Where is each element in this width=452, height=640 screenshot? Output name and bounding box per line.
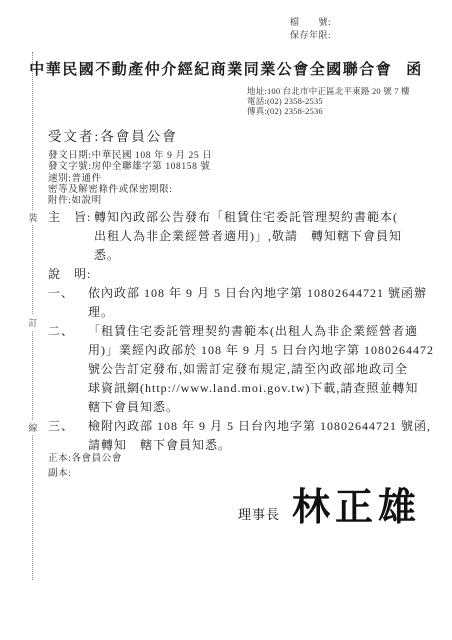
- document-page: 檔 號: 保存年限: 裝 訂 線 中華民國不動產仲介經紀商業同業公會全國聯合會函…: [0, 0, 452, 640]
- subject-text: 轉知內政部公告發布「租賃住宅委託管理契約書範本( 出租人為非企業經營者適用)」,…: [94, 208, 442, 265]
- chairman-title: 理事長: [238, 504, 280, 530]
- attachment-note: 附件:如說明: [48, 196, 212, 207]
- item-text: 「租賃住宅委託管理契約書範本(出租人為非企業經營者適 用)」業經內政部於 108…: [88, 322, 442, 417]
- org-fax: 傳真:(02) 2358-2536: [247, 106, 410, 116]
- item-line: 請轉知 轄下會員知悉。: [88, 436, 442, 455]
- org-phone: 電話:(02) 2358-2535: [247, 96, 410, 106]
- subject-line: 轉知內政部公告發布「租賃住宅委託管理契約書範本(: [94, 208, 442, 227]
- retention-period-label: 保存年限:: [290, 29, 331, 42]
- description-item-1: 一、 依內政部 108 年 9 月 5 日台內地字第 10802644721 號…: [48, 284, 442, 322]
- item-number: 二、: [48, 322, 88, 341]
- original-copy-line: 正本:各會員公會: [48, 452, 122, 467]
- item-text: 檢附內政部 108 年 9 月 5 日台內地字第 10802644721 號函,…: [88, 417, 442, 455]
- item-text: 依內政部 108 年 9 月 5 日台內地字第 10802644721 號函辦理…: [88, 284, 442, 322]
- recipient-value: 各會員公會: [100, 129, 178, 144]
- item-line: 用)」業經內政部於 108 年 9 月 5 日台內地字第 1080264472: [88, 341, 442, 360]
- description-item-2: 二、 「租賃住宅委託管理契約書範本(出租人為非企業經營者適 用)」業經內政部於 …: [48, 322, 442, 417]
- chairman-name: 林正雄: [292, 488, 421, 530]
- binding-mark-xian: 線: [28, 420, 37, 435]
- copies-block: 正本:各會員公會 副本:: [48, 452, 122, 482]
- item-line: 球資訊網(http://www.land.moi.gov.tw)下載,請查照並轉…: [88, 379, 442, 398]
- subject-row: 主 旨: 轉知內政部公告發布「租賃住宅委託管理契約書範本( 出租人為非企業經營者…: [48, 208, 442, 265]
- delivery-speed: 速別:普通件: [48, 174, 212, 185]
- item-number: 一、: [48, 284, 88, 303]
- recipient-row: 受文者:各會員公會: [48, 125, 178, 145]
- subject-label: 主 旨:: [48, 208, 94, 227]
- binding-mark-ding: 訂: [28, 315, 37, 330]
- issue-number: 發文字號:房仲全聯雄字第 108158 號: [48, 162, 212, 173]
- subject-line: 出租人為非企業經營者適用)」,敬請 轉知轄下會員知: [94, 227, 442, 246]
- signature-block: 理事長 林正雄: [238, 488, 421, 530]
- item-line: 轄下會員知悉。: [88, 398, 442, 417]
- issue-date: 發文日期:中華民國 108 年 9 月 25 日: [48, 151, 212, 162]
- item-line: 號公告訂定發布,如需訂定發布規定,請至內政部地政司全: [88, 360, 442, 379]
- org-address: 地址:100 台北市中正區北平東路 20 號 7 樓: [247, 86, 410, 96]
- document-title-row: 中華民國不動產仲介經紀商業同業公會全國聯合會函: [0, 58, 452, 79]
- description-header-row: 說 明:: [48, 265, 442, 284]
- description-label: 說 明:: [48, 265, 94, 284]
- item-number: 三、: [48, 417, 88, 436]
- item-line: 「租賃住宅委託管理契約書範本(出租人為非企業經營者適: [88, 322, 442, 341]
- org-name: 中華民國不動產仲介經紀商業同業公會全國聯合會: [29, 62, 392, 78]
- item-line: 檢附內政部 108 年 9 月 5 日台內地字第 10802644721 號函,: [88, 417, 442, 436]
- description-item-3: 三、 檢附內政部 108 年 9 月 5 日台內地字第 10802644721 …: [48, 417, 442, 455]
- body-block: 主 旨: 轉知內政部公告發布「租賃住宅委託管理契約書範本( 出租人為非企業經營者…: [48, 208, 442, 455]
- item-line: 依內政部 108 年 9 月 5 日台內地字第 10802644721 號函辦理…: [88, 284, 442, 322]
- cc-copy-line: 副本:: [48, 467, 122, 482]
- doc-type-letter: 函: [406, 62, 423, 78]
- file-number-block: 檔 號: 保存年限:: [290, 16, 331, 42]
- binding-mark-zhuang: 裝: [28, 210, 37, 225]
- recipient-label: 受文者:: [48, 129, 100, 144]
- file-number-label: 檔 號:: [290, 16, 331, 29]
- subject-line: 悉。: [94, 246, 442, 265]
- contact-block: 地址:100 台北市中正區北平東路 20 號 7 樓 電話:(02) 2358-…: [247, 86, 410, 116]
- doc-meta-block: 發文日期:中華民國 108 年 9 月 25 日 發文字號:房仲全聯雄字第 10…: [48, 151, 212, 207]
- security-class: 密等及解密條件或保密期限:: [48, 185, 212, 196]
